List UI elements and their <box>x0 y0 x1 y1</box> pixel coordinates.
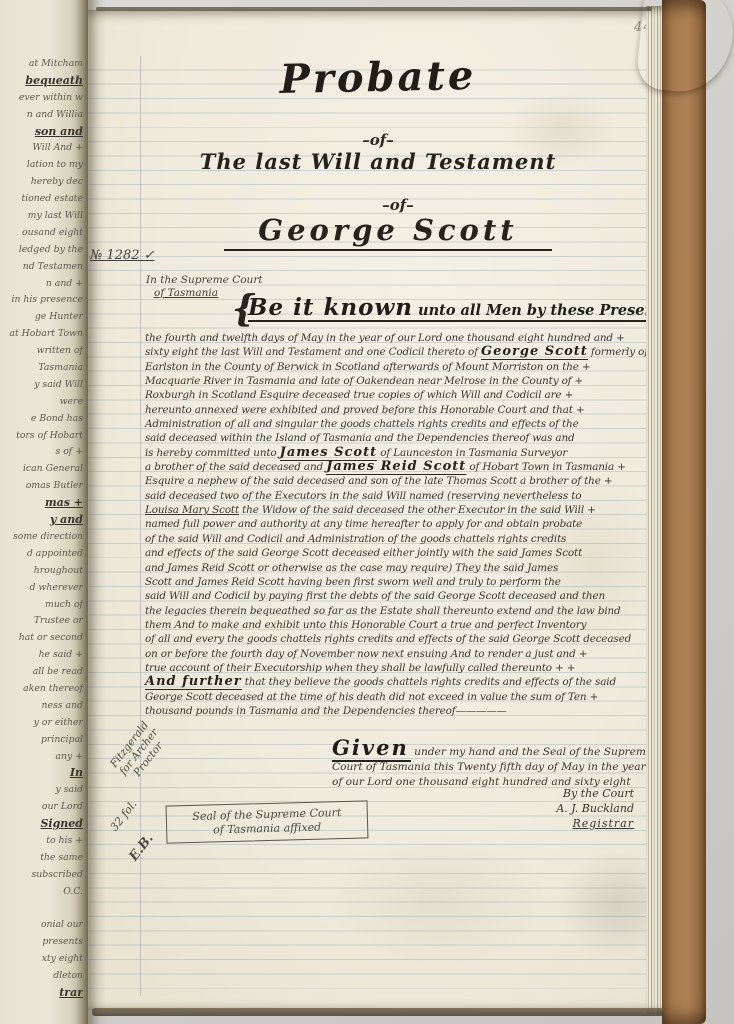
page-number-pencil: 441. <box>634 20 646 35</box>
prev-page-text-fragment: O.C. <box>0 884 83 901</box>
given-block: Given under my hand and the Seal of the … <box>332 741 646 789</box>
deceased-name-heading: George Scott <box>188 213 588 251</box>
seal-annotation-box: Seal of the Supreme Court of Tasmania af… <box>166 800 369 843</box>
body-line: Scott and James Reid Scott having been f… <box>145 575 645 589</box>
prev-page-text-fragment: in his presence <box>0 292 83 309</box>
prev-page-text-fragment: were <box>0 394 83 411</box>
registrar-signature: A. J. Buckland <box>556 801 634 816</box>
page-block-edge <box>646 6 662 1014</box>
body-line: sixty eight the last Will and Testament … <box>145 345 645 359</box>
book-top-edge <box>96 7 652 11</box>
prev-page-text-fragment: ousand eight <box>0 225 83 242</box>
body-line: said Will and Codicil by paying first th… <box>145 589 645 603</box>
body-line: said deceased within the Island of Tasma… <box>145 431 645 445</box>
body-line: thousand pounds in Tasmania and the Depe… <box>145 704 645 718</box>
prev-page-text-fragment: s of + <box>0 444 83 461</box>
body-line: Earlston in the County of Berwick in Sco… <box>145 360 645 374</box>
prev-page-text-fragment: principal <box>0 732 83 749</box>
prev-page-text-fragment: hroughout <box>0 563 83 580</box>
body-line: the legacies therein bequeathed so far a… <box>145 604 645 618</box>
previous-page-text-column: at Mitchambequeathever within wn and Wil… <box>0 56 83 1002</box>
prev-page-text-fragment: he said + <box>0 647 83 664</box>
of-separator-1: –of– <box>168 131 588 149</box>
prev-page-text-fragment: written of <box>0 343 83 360</box>
prev-page-text-fragment: ge Hunter <box>0 309 83 326</box>
prev-page-text-fragment: Signed <box>0 816 83 833</box>
prev-page-text-fragment: my last Will <box>0 208 83 225</box>
prev-page-text-fragment: ness and <box>0 698 83 715</box>
prev-page-text-fragment: dleton <box>0 968 83 985</box>
opening-phrase: Be it known unto all Men by these Presen… <box>248 294 646 321</box>
prev-page-text-fragment: y said <box>0 782 83 799</box>
prev-page-text-fragment: n and + <box>0 276 83 293</box>
court-name-line1: In the Supreme Court <box>146 274 263 287</box>
body-line: on or before the fourth day of November … <box>145 647 645 661</box>
paper-stain <box>328 830 548 970</box>
prev-page-text-fragment: hereby dec <box>0 174 83 191</box>
prev-page-text-fragment: ican General <box>0 461 83 478</box>
prev-page-text-fragment: y and <box>0 512 83 529</box>
prev-page-text-fragment: ever within w <box>0 90 83 107</box>
prev-page-text-fragment: d wherever <box>0 580 83 597</box>
body-line: them And to make and exhibit unto this H… <box>145 618 645 632</box>
prev-page-text-fragment: Trustee or <box>0 613 83 630</box>
prev-page-text-fragment: much of <box>0 597 83 614</box>
given-word: Given <box>332 735 411 762</box>
prev-page-text-fragment: hat or second <box>0 630 83 647</box>
opening-phrase-mid: unto all Men by these Presents <box>413 302 646 319</box>
body-line: George Scott deceased at the time of his… <box>145 690 645 704</box>
prev-page-text-fragment: onial our <box>0 917 83 934</box>
prev-page-text-fragment: at Mitcham <box>0 56 83 73</box>
body-line: a brother of the said deceased and James… <box>145 460 645 474</box>
leather-cover-edge <box>662 0 706 1024</box>
prev-page-text-fragment: our Lord <box>0 799 83 816</box>
prev-page-text-fragment: trar <box>0 985 83 1002</box>
probate-title: Probate <box>168 50 589 106</box>
body-line: and James Reid Scott or otherwise as the… <box>145 561 645 575</box>
scanned-probate-register-photo: at Mitchambequeathever within wn and Wil… <box>0 0 734 1024</box>
book-bottom-edge <box>92 1008 664 1016</box>
body-line: named full power and authority at any ti… <box>145 517 645 531</box>
prev-page-text-fragment: son and <box>0 124 83 141</box>
given-line1: under my hand and the Seal of the Suprem… <box>411 746 646 758</box>
prev-page-text-fragment: In <box>0 765 83 782</box>
prev-page-text-fragment: y or either <box>0 715 83 732</box>
prev-page-text-fragment: bequeath <box>0 73 83 90</box>
prev-page-text-fragment: nd Testamen <box>0 259 83 276</box>
body-line: the fourth and twelfth days of May in th… <box>145 331 645 345</box>
prev-page-text-fragment: Will And + <box>0 140 83 157</box>
prev-page-text-fragment: d appointed <box>0 546 83 563</box>
body-line: Louisa Mary Scott the Widow of the said … <box>145 503 645 517</box>
probate-body-text: the fourth and twelfth days of May in th… <box>145 331 645 718</box>
body-line: Macquarie River in Tasmania and late of … <box>145 374 645 388</box>
of-separator-2: –of– <box>188 196 608 214</box>
prev-page-text-fragment: mas + <box>0 495 83 512</box>
body-line: Administration of all and singular the g… <box>145 417 645 431</box>
prev-page-text-fragment: all be read <box>0 664 83 681</box>
body-line: Roxburgh in Scotland Esquire deceased tr… <box>145 388 645 402</box>
document-page: 441. Probate –of– The last Will and Test… <box>88 10 646 1010</box>
given-line2: Court of Tasmania this Twenty fifth day … <box>332 760 646 775</box>
prev-page-text-fragment: aken thereof <box>0 681 83 698</box>
prev-page-text-fragment: Tasmania <box>0 360 83 377</box>
prev-page-text-fragment: some direction <box>0 529 83 546</box>
leather-corner <box>635 0 734 97</box>
prev-page-text-fragment: to his + <box>0 833 83 850</box>
body-line: said deceased two of the Executors in th… <box>145 489 645 503</box>
body-line: And further that they believe the goods … <box>145 675 645 689</box>
opening-phrase-large: Be it known <box>248 294 413 321</box>
prev-page-text-fragment: lation to my <box>0 157 83 174</box>
will-testament-subtitle: The last Will and Testament <box>148 149 608 174</box>
prev-page-text-fragment: any + <box>0 749 83 766</box>
binding-gutter-shadow <box>76 0 106 1024</box>
prev-page-text-fragment: subscribed <box>0 867 83 884</box>
prev-page-text-fragment: the same <box>0 850 83 867</box>
prev-page-text-fragment: omas Butler <box>0 478 83 495</box>
body-line: of all and every the goods chattels righ… <box>145 632 645 646</box>
body-line: Esquire a nephew of the said deceased an… <box>145 474 645 488</box>
prev-page-text-fragment <box>0 901 83 918</box>
body-line: of the said Will and Codicil and Adminis… <box>145 532 645 546</box>
registrar-title: Registrar <box>556 816 634 831</box>
prev-page-text-fragment: xty eight <box>0 951 83 968</box>
body-line: and effects of the said George Scott dec… <box>145 546 645 560</box>
prev-page-text-fragment: at Hobart Town <box>0 326 83 343</box>
prev-page-text-fragment: n and Willia <box>0 107 83 124</box>
court-signoff: By the Court A. J. Buckland Registrar <box>556 786 634 831</box>
body-line: true account of their Executorship when … <box>145 661 645 675</box>
prev-page-text-fragment: e Bond has <box>0 411 83 428</box>
by-the-court: By the Court <box>556 786 634 801</box>
prev-page-text-fragment: ledged by the <box>0 242 83 259</box>
body-line: hereunto annexed were exhibited and prov… <box>145 403 645 417</box>
prev-page-text-fragment: presents <box>0 934 83 951</box>
prev-page-text-fragment: tioned estate <box>0 191 83 208</box>
prev-page-text-fragment: y said Will <box>0 377 83 394</box>
prev-page-text-fragment: tors of Hobart <box>0 428 83 445</box>
previous-page-edge: at Mitchambequeathever within wn and Wil… <box>0 0 88 1024</box>
body-line: is hereby committed unto James Scott of … <box>145 446 645 460</box>
